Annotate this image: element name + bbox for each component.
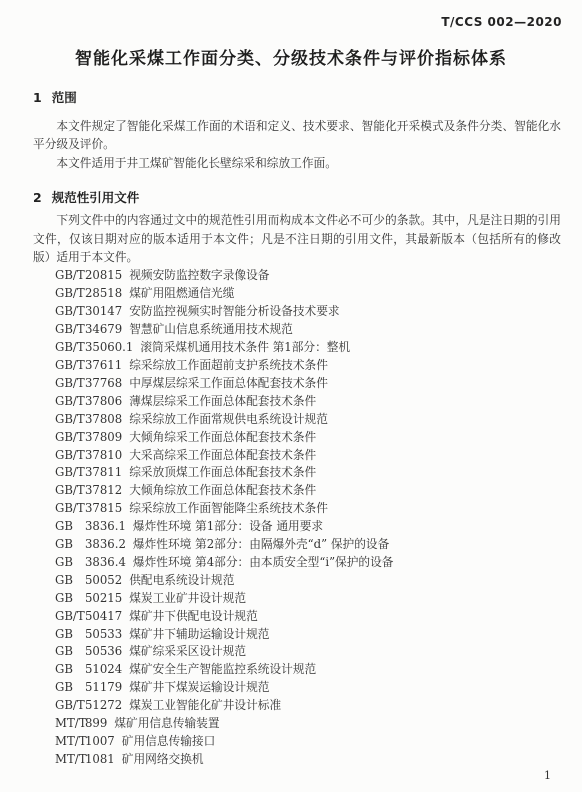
reference-number: 28518 <box>85 285 122 303</box>
reference-item: GB/T37810大采高综采工作面总体配套技术条件 <box>55 447 561 465</box>
reference-title: 综采综放工作面常规供电系统设计规范 <box>129 412 328 426</box>
reference-item: MT/T1081矿用网络交换机 <box>55 751 561 769</box>
section-2-heading: 2规范性引用文件 <box>33 189 561 206</box>
section-1-heading: 1范围 <box>33 89 561 106</box>
reference-item: GB/T28518煤矿用阻燃通信光缆 <box>55 285 561 303</box>
reference-code: MT/T <box>55 715 85 733</box>
reference-number: 51272 <box>85 697 122 715</box>
page-number: 1 <box>544 769 551 782</box>
reference-item: GB50215煤炭工业矿井设计规范 <box>55 590 561 608</box>
reference-title: 大采高综采工作面总体配套技术条件 <box>129 448 316 462</box>
section-2-number: 2 <box>33 189 42 206</box>
reference-item: GB3836.4爆炸性环境 第4部分：由本质安全型“i”保护的设备 <box>55 554 561 572</box>
reference-title: 煤炭工业矿井设计规范 <box>129 591 246 605</box>
reference-item: MT/T1007矿用信息传输接口 <box>55 733 561 751</box>
reference-title: 矿用信息传输接口 <box>122 734 216 748</box>
document-body: 1范围 本文件规定了智能化采煤工作面的术语和定义、技术要求、智能化开采模式及条件… <box>33 89 561 769</box>
reference-code: GB/T <box>55 303 85 321</box>
reference-item: GB/T37768中厚煤层综采工作面总体配套技术条件 <box>55 375 561 393</box>
reference-title: 供配电系统设计规范 <box>129 573 234 587</box>
section-1-title: 范围 <box>52 90 77 105</box>
reference-item: GB/T37611综采综放工作面超前支护系统技术条件 <box>55 357 561 375</box>
reference-number: 50533 <box>85 626 122 644</box>
section-1-body: 本文件规定了智能化采煤工作面的术语和定义、技术要求、智能化开采模式及条件分类、智… <box>33 117 561 172</box>
reference-code: GB/T <box>55 464 85 482</box>
reference-title: 爆炸性环境 第2部分：由隔爆外壳“d” 保护的设备 <box>133 537 389 551</box>
reference-code: GB <box>55 679 85 697</box>
reference-title: 煤矿安全生产智能监控系统设计规范 <box>129 662 316 676</box>
reference-code: GB/T <box>55 697 85 715</box>
reference-number: 1007 <box>85 733 115 751</box>
reference-code: GB/T <box>55 608 85 626</box>
reference-number: 37611 <box>85 357 122 375</box>
reference-item: GB/T37808综采综放工作面常规供电系统设计规范 <box>55 411 561 429</box>
reference-number: 899 <box>85 715 107 733</box>
reference-item: GB/T37809大倾角综采工作面总体配套技术条件 <box>55 429 561 447</box>
reference-number: 35060.1 <box>85 339 133 357</box>
reference-code: GB/T <box>55 285 85 303</box>
reference-title: 视频安防监控数字录像设备 <box>129 268 269 282</box>
reference-number: 37815 <box>85 500 122 518</box>
reference-title: 大倾角综放工作面总体配套技术条件 <box>129 483 316 497</box>
references-list: GB/T20815视频安防监控数字录像设备GB/T28518煤矿用阻燃通信光缆G… <box>33 267 561 768</box>
reference-title: 煤矿用阻燃通信光缆 <box>129 286 234 300</box>
reference-title: 爆炸性环境 第1部分：设备 通用要求 <box>133 519 323 533</box>
reference-item: GB50052供配电系统设计规范 <box>55 572 561 590</box>
section-2-paragraph: 下列文件中的内容通过文中的规范性引用而构成本文件必不可少的条款。其中，凡是注日期… <box>33 211 561 266</box>
reference-item: GB/T37806薄煤层综采工作面总体配套技术条件 <box>55 393 561 411</box>
reference-number: 37812 <box>85 482 122 500</box>
reference-number: 3836.2 <box>85 536 126 554</box>
document-page: T/CCS 002—2020 智能化采煤工作面分类、分级技术条件与评价指标体系 … <box>0 0 582 792</box>
reference-title: 矿用网络交换机 <box>122 752 204 766</box>
reference-code: GB <box>55 590 85 608</box>
reference-item: GB/T51272煤炭工业智能化矿井设计标准 <box>55 697 561 715</box>
reference-number: 51024 <box>85 661 122 679</box>
reference-item: GB51179煤矿井下煤炭运输设计规范 <box>55 679 561 697</box>
section-2-title: 规范性引用文件 <box>52 190 140 205</box>
reference-number: 34679 <box>85 321 122 339</box>
reference-title: 中厚煤层综采工作面总体配套技术条件 <box>129 376 328 390</box>
reference-item: GB/T37812大倾角综放工作面总体配套技术条件 <box>55 482 561 500</box>
reference-item: GB/T37811综采放顶煤工作面总体配套技术条件 <box>55 464 561 482</box>
reference-code: GB <box>55 643 85 661</box>
reference-item: GB50536煤矿综采采区设计规范 <box>55 643 561 661</box>
reference-number: 37809 <box>85 429 122 447</box>
reference-code: GB/T <box>55 267 85 285</box>
reference-code: GB/T <box>55 411 85 429</box>
reference-code: GB <box>55 554 85 572</box>
reference-item: MT/T899煤矿用信息传输装置 <box>55 715 561 733</box>
reference-code: GB/T <box>55 357 85 375</box>
reference-item: GB/T30147安防监控视频实时智能分析设备技术要求 <box>55 303 561 321</box>
reference-title: 煤矿井下辅助运输设计规范 <box>129 627 269 641</box>
reference-code: GB/T <box>55 321 85 339</box>
reference-title: 综采综放工作面智能降尘系统技术条件 <box>129 501 328 515</box>
reference-code: GB/T <box>55 447 85 465</box>
standard-code: T/CCS 002—2020 <box>441 15 562 29</box>
reference-item: GB3836.1爆炸性环境 第1部分：设备 通用要求 <box>55 518 561 536</box>
reference-item: GB/T20815视频安防监控数字录像设备 <box>55 267 561 285</box>
reference-number: 37768 <box>85 375 122 393</box>
reference-item: GB/T34679智慧矿山信息系统通用技术规范 <box>55 321 561 339</box>
reference-code: GB/T <box>55 500 85 518</box>
reference-code: GB/T <box>55 393 85 411</box>
reference-item: GB50533煤矿井下辅助运输设计规范 <box>55 626 561 644</box>
reference-title: 滚筒采煤机通用技术条件 第1部分：整机 <box>140 340 350 354</box>
reference-title: 煤矿用信息传输装置 <box>114 716 219 730</box>
reference-number: 37808 <box>85 411 122 429</box>
reference-title: 安防监控视频实时智能分析设备技术要求 <box>129 304 339 318</box>
reference-number: 37811 <box>85 464 122 482</box>
reference-code: GB <box>55 626 85 644</box>
reference-code: GB <box>55 536 85 554</box>
reference-item: GB/T37815综采综放工作面智能降尘系统技术条件 <box>55 500 561 518</box>
reference-title: 煤矿综采采区设计规范 <box>129 644 246 658</box>
document-title: 智能化采煤工作面分类、分级技术条件与评价指标体系 <box>0 44 582 69</box>
reference-item: GB51024煤矿安全生产智能监控系统设计规范 <box>55 661 561 679</box>
reference-title: 综采综放工作面超前支护系统技术条件 <box>129 358 328 372</box>
reference-number: 20815 <box>85 267 122 285</box>
reference-item: GB/T35060.1滚筒采煤机通用技术条件 第1部分：整机 <box>55 339 561 357</box>
reference-code: GB/T <box>55 339 85 357</box>
reference-code: MT/T <box>55 751 85 769</box>
section-1-paragraph: 本文件规定了智能化采煤工作面的术语和定义、技术要求、智能化开采模式及条件分类、智… <box>33 117 561 154</box>
section-1-paragraph: 本文件适用于井工煤矿智能化长壁综采和综放工作面。 <box>33 154 561 172</box>
reference-number: 37810 <box>85 447 122 465</box>
reference-number: 1081 <box>85 751 115 769</box>
reference-item: GB3836.2爆炸性环境 第2部分：由隔爆外壳“d” 保护的设备 <box>55 536 561 554</box>
reference-code: GB <box>55 518 85 536</box>
reference-number: 3836.1 <box>85 518 126 536</box>
reference-number: 37806 <box>85 393 122 411</box>
reference-title: 综采放顶煤工作面总体配套技术条件 <box>129 465 316 479</box>
reference-code: GB <box>55 661 85 679</box>
reference-code: GB/T <box>55 429 85 447</box>
reference-title: 智慧矿山信息系统通用技术规范 <box>129 322 293 336</box>
reference-title: 大倾角综采工作面总体配套技术条件 <box>129 430 316 444</box>
reference-code: GB <box>55 572 85 590</box>
reference-number: 50536 <box>85 643 122 661</box>
reference-title: 煤炭工业智能化矿井设计标准 <box>129 698 281 712</box>
reference-number: 50417 <box>85 608 122 626</box>
reference-title: 薄煤层综采工作面总体配套技术条件 <box>129 394 316 408</box>
reference-number: 3836.4 <box>85 554 126 572</box>
reference-code: GB/T <box>55 482 85 500</box>
reference-number: 50215 <box>85 590 122 608</box>
reference-code: MT/T <box>55 733 85 751</box>
reference-item: GB/T50417煤矿井下供配电设计规范 <box>55 608 561 626</box>
section-1-number: 1 <box>33 89 42 106</box>
reference-number: 50052 <box>85 572 122 590</box>
reference-code: GB/T <box>55 375 85 393</box>
reference-title: 煤矿井下供配电设计规范 <box>129 609 258 623</box>
reference-number: 30147 <box>85 303 122 321</box>
reference-title: 爆炸性环境 第4部分：由本质安全型“i”保护的设备 <box>133 555 394 569</box>
reference-title: 煤矿井下煤炭运输设计规范 <box>129 680 269 694</box>
reference-number: 51179 <box>85 679 122 697</box>
